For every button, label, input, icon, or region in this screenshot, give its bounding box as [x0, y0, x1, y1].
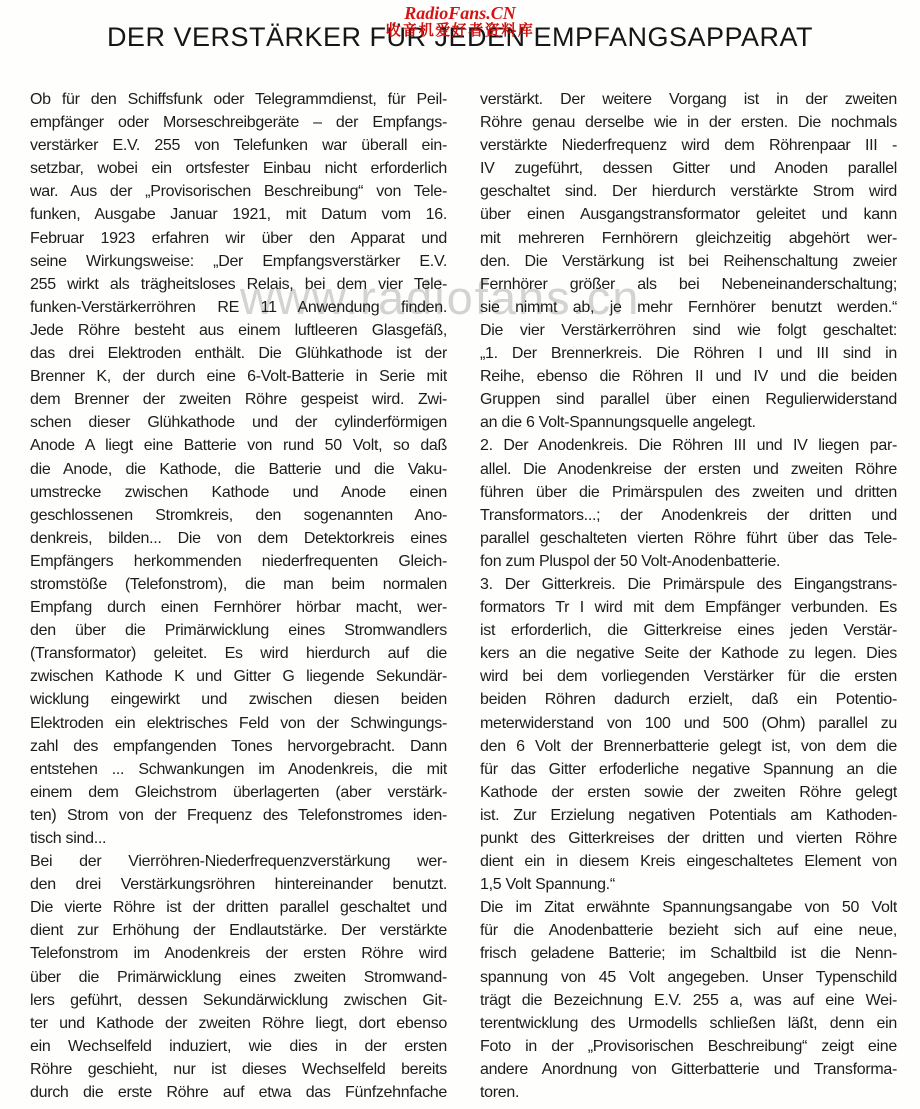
text-line: Empfängers herkommenden niederfrequenten…: [30, 550, 447, 573]
text-line: funken-Verstärkerröhren RE 11 Anwendung …: [30, 296, 447, 319]
text-line: ter und Kathode der zweiten Röhre liegt,…: [30, 1012, 447, 1035]
text-line: wicklung eingewirkt und zwischen diesen …: [30, 688, 447, 711]
radiofans-brand-watermark: RadioFans.CN: [0, 4, 920, 22]
text-line: war. Aus der „Provisorischen Beschreibun…: [30, 180, 447, 203]
text-line: für das Gitter erfoderliche negative Spa…: [480, 758, 897, 781]
text-line: über die Primärwicklung eines zweiten St…: [30, 966, 447, 989]
text-line: geschlossenen Stromkreis, den sogenannte…: [30, 504, 447, 527]
text-line: 3. Der Gitterkreis. Die Primärspule des …: [480, 573, 897, 596]
text-line: andere Anordnung von Gitterbatterie und …: [480, 1058, 897, 1081]
text-line: Die vier Verstärkerröhren sind wie folgt…: [480, 319, 897, 342]
text-line: Röhre geschieht, nur ist dieses Wechself…: [30, 1058, 447, 1081]
text-line: Bei der Vierröhren-Niederfrequenzverstär…: [30, 850, 447, 873]
text-line: fon zum Pluspol der 50 Volt-Anodenbatter…: [480, 550, 897, 573]
text-line: meterwiderstand von 100 und 500 (Ohm) pa…: [480, 712, 897, 735]
text-line: Röhre genau derselbe wie in der ersten. …: [480, 111, 897, 134]
page-title: DER VERSTÄRKER FÜR JEDEN EMPFANGSAPPARAT: [0, 21, 920, 53]
text-line: 1,5 Volt Spannung.“: [480, 873, 897, 896]
text-line: verstärker E.V. 255 von Telefunken war ü…: [30, 134, 447, 157]
text-line: entstehen ... Schwankungen im Anodenkrei…: [30, 758, 447, 781]
text-line: Telefonstrom im Anodenkreis der ersten R…: [30, 942, 447, 965]
text-line: Gruppen sind parallel über einen Regulie…: [480, 388, 897, 411]
text-line: Die vierte Röhre ist der dritten paralle…: [30, 896, 447, 919]
text-line: terentwicklung des Urmodells schließen l…: [480, 1012, 897, 1035]
text-line: Reihe, ebenso die Röhren II und IV und d…: [480, 365, 897, 388]
text-line: den drei Verstärkungsröhren hintereinand…: [30, 873, 447, 896]
text-line: sie nimmt ab, je mehr Fernhörer benutzt …: [480, 296, 897, 319]
text-line: den 6 Volt der Brennerbatterie gelegt is…: [480, 735, 897, 758]
text-column-left: Ob für den Schiffsfunk oder Telegrammdie…: [30, 88, 447, 1104]
text-line: Transformators...; der Anodenkreis der d…: [480, 504, 897, 527]
text-line: zahl des empfangenden Tones hervorgebrac…: [30, 735, 447, 758]
text-line: dient zur Erhöhung der Endlautstärke. De…: [30, 919, 447, 942]
text-line: tisch sind...: [30, 827, 447, 850]
text-line: mit mehreren Fernhörern gleichzeitig abg…: [480, 227, 897, 250]
text-line: zwischen Kathode K und Gitter G liegende…: [30, 665, 447, 688]
text-line: 2. Der Anodenkreis. Die Röhren III und I…: [480, 434, 897, 457]
text-line: IV zugeführt, dessen Gitter und Anoden p…: [480, 157, 897, 180]
text-line: dient ein in diesem Kreis eingeschaltete…: [480, 850, 897, 873]
text-line: ist. Zur Erzielung negativen Potentials …: [480, 804, 897, 827]
text-line: die Anode, die Kathode, die Batterie und…: [30, 458, 447, 481]
text-line: wird bei dem vorliegenden Verstärker für…: [480, 665, 897, 688]
text-line: an die 6 Volt-Spannungsquelle angelegt.: [480, 411, 897, 434]
text-line: formators Tr I wird mit dem Empfänger ve…: [480, 596, 897, 619]
text-line: (Transformator) geleitet. Es wird hierdu…: [30, 642, 447, 665]
text-line: Foto in der „Provisorischen Beschreibung…: [480, 1035, 897, 1058]
text-line: umstrecke zwischen Kathode und Anode ein…: [30, 481, 447, 504]
text-line: denkreis, bilden... Die von dem Detektor…: [30, 527, 447, 550]
text-line: beiden Röhren dadurch erzielt, daß ein P…: [480, 688, 897, 711]
text-line: stromstöße (Telefonstrom), die man beim …: [30, 573, 447, 596]
text-line: frisch geladene Batterie; im Schaltbild …: [480, 942, 897, 965]
text-line: punkt des Gitterkreises der dritten und …: [480, 827, 897, 850]
text-line: über einen Ausgangstransformator geleite…: [480, 203, 897, 226]
text-line: seine Wirkungsweise: „Der Empfangsverstä…: [30, 250, 447, 273]
text-line: allel. Die Anodenkreise der ersten und z…: [480, 458, 897, 481]
text-line: kers an die negative Seite der Kathode z…: [480, 642, 897, 665]
text-line: „1. Der Brennerkreis. Die Röhren I und I…: [480, 342, 897, 365]
text-line: ten) Strom von der Frequenz des Telefons…: [30, 804, 447, 827]
text-line: toren.: [480, 1081, 897, 1104]
text-line: parallel geschalteten vierten Röhre führ…: [480, 527, 897, 550]
text-line: 255 wirkt als trägheitsloses Relais, bei…: [30, 273, 447, 296]
text-line: Ob für den Schiffsfunk oder Telegrammdie…: [30, 88, 447, 111]
text-line: einem dem Gleichstrom überlagerten (aber…: [30, 781, 447, 804]
text-line: dem Brenner der zweiten Röhre gespeist w…: [30, 388, 447, 411]
text-line: Kathode der ersten sowie der zweiten Röh…: [480, 781, 897, 804]
text-line: funken, Ausgabe Januar 1921, mit Datum v…: [30, 203, 447, 226]
text-line: führen über die Primärspulen des zweiten…: [480, 481, 897, 504]
text-line: für die Anodenbatterie bezieht sich auf …: [480, 919, 897, 942]
text-line: den über die Primärwicklung eines Stromw…: [30, 619, 447, 642]
text-line: das drei Elektroden enthält. Die Glühkat…: [30, 342, 447, 365]
text-line: verstärkte Niederfrequenz wird dem Röhre…: [480, 134, 897, 157]
text-line: Jede Röhre besteht aus einem luftleeren …: [30, 319, 447, 342]
text-line: ist erforderlich, die Gitterkreise eines…: [480, 619, 897, 642]
document-page: RadioFans.CN 收音机爱好者资料库 DER VERSTÄRKER FÜ…: [0, 0, 920, 1109]
text-line: geschaltet sind. Der hierdurch verstärkt…: [480, 180, 897, 203]
text-line: schen dieser Glühkathode und der cylinde…: [30, 411, 447, 434]
text-line: Elektroden ein elektrisches Feld von der…: [30, 712, 447, 735]
text-line: Die im Zitat erwähnte Spannungsangabe vo…: [480, 896, 897, 919]
text-line: Fernhörer größer als bei Nebeneinandersc…: [480, 273, 897, 296]
text-line: durch die erste Röhre auf etwa das Fünfz…: [30, 1081, 447, 1104]
text-line: Anode A liegt eine Batterie von rund 50 …: [30, 434, 447, 457]
text-line: empfänger oder Morseschreibgeräte – der …: [30, 111, 447, 134]
text-line: ein Wechselfeld induziert, wie dies in d…: [30, 1035, 447, 1058]
text-line: Empfang durch einen Fernhörer hörbar mac…: [30, 596, 447, 619]
text-line: trägt die Bezeichnung E.V. 255 a, was au…: [480, 989, 897, 1012]
text-line: lers geführt, dessen Sekundärwicklung zw…: [30, 989, 447, 1012]
text-line: den. Die Verstärkung ist bei Reihenschal…: [480, 250, 897, 273]
text-line: verstärkt. Der weitere Vorgang ist in de…: [480, 88, 897, 111]
text-line: spannung von 45 Volt angegeben. Unser Ty…: [480, 966, 897, 989]
text-line: Brenner K, der durch eine 6-Volt-Batteri…: [30, 365, 447, 388]
text-line: setzbar, wobei ein ortsfester Einbau nic…: [30, 157, 447, 180]
text-column-right: verstärkt. Der weitere Vorgang ist in de…: [480, 88, 897, 1104]
text-line: Februar 1923 erfahren wir über den Appar…: [30, 227, 447, 250]
